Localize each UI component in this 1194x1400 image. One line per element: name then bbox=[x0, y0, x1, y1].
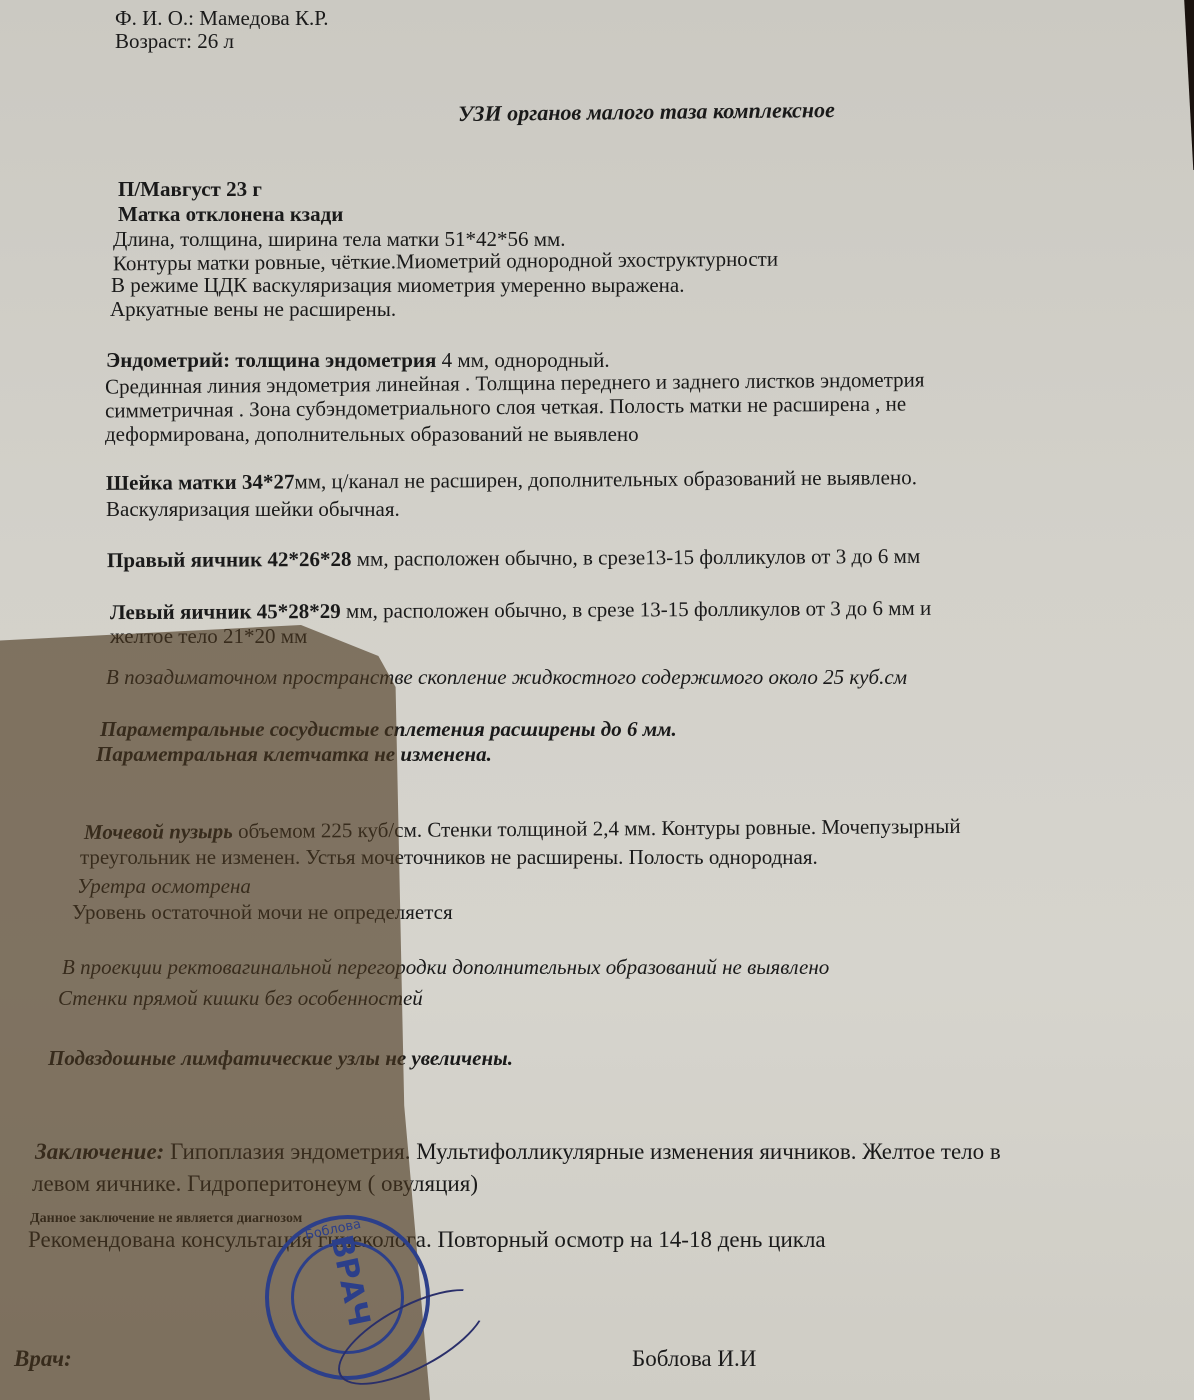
uterus-heading: Матка отклонена кзади bbox=[118, 202, 343, 226]
right-ovary: Правый яичник 42*26*28 мм, расположен об… bbox=[107, 544, 920, 572]
patient-name: Ф. И. О.: Мамедова К.Р. bbox=[115, 6, 329, 30]
uterus-line: Длина, толщина, ширина тела матки 51*42*… bbox=[113, 227, 566, 251]
patient-name-label: Ф. И. О.: bbox=[115, 6, 194, 30]
left-ovary-rest: мм, расположен обычно, в срезе 13-15 фол… bbox=[341, 596, 932, 623]
lmp-date: П/Мавгуст 23 г bbox=[118, 177, 262, 201]
endometrium-heading-bold: Эндометрий: толщина эндометрия bbox=[106, 348, 436, 372]
uterus-line: Контуры матки ровные, чёткие.Миометрий о… bbox=[113, 247, 778, 276]
patient-age-label: Возраст: bbox=[115, 29, 192, 53]
patient-name-value: Мамедова К.Р. bbox=[199, 6, 328, 30]
endometrium-heading-rest: 4 мм, однородный. bbox=[436, 348, 609, 372]
endometrium-line: деформирована, дополнительных образовани… bbox=[105, 422, 639, 446]
right-ovary-heading: Правый яичник 42*26*28 bbox=[107, 547, 352, 572]
cervix-line-2: Васкуляризация шейки обычная. bbox=[106, 497, 400, 521]
patient-age: Возраст: 26 л bbox=[115, 29, 234, 53]
patient-age-value: 26 л bbox=[197, 29, 234, 53]
document-title: УЗИ органов малого таза комплексное bbox=[458, 98, 835, 126]
left-ovary: Левый яичник 45*28*29 мм, расположен обы… bbox=[110, 596, 931, 624]
cervix-heading: Шейка матки 34*27 bbox=[106, 470, 295, 495]
uterus-line: В режиме ЦДК васкуляризация миометрия ум… bbox=[111, 273, 684, 297]
left-ovary-heading: Левый яичник 45*28*29 bbox=[110, 599, 341, 624]
uterus-line: Аркуатные вены не расширены. bbox=[110, 297, 396, 321]
cervix-rest: мм, ц/канал не расширен, дополнительных … bbox=[294, 465, 917, 493]
right-ovary-rest: мм, расположен обычно, в срезе13-15 фолл… bbox=[351, 544, 920, 571]
doctor-name: Боблова И.И bbox=[632, 1347, 756, 1371]
endometrium-heading: Эндометрий: толщина эндометрия 4 мм, одн… bbox=[106, 348, 610, 372]
